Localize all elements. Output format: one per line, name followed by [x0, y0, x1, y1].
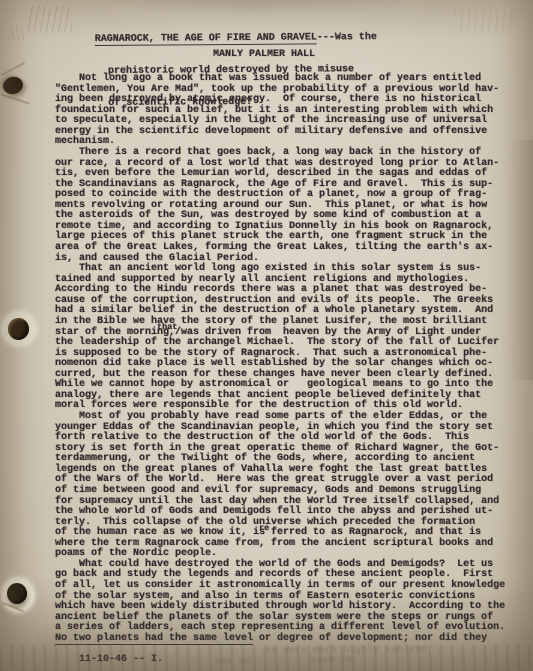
pencil-scribble — [26, 6, 72, 32]
pencil-scribble — [455, 10, 515, 32]
date-code: 11-10-46 -- I. — [79, 654, 163, 665]
body-line: of time between good and evil for suprem… — [55, 486, 505, 497]
title-line: RAGNAROCK, THE AGE OF FIRE AND GRAVEL---… — [95, 33, 377, 46]
author-byline: MANLY PALMER HALL — [213, 50, 315, 61]
body-line: Not long ago a book that was issued back… — [55, 74, 505, 85]
ghost-text: not so each co — [215, 655, 353, 668]
pencil-scribble — [8, 26, 26, 40]
ink-smudge — [1, 62, 25, 76]
ink-smudge — [0, 93, 29, 104]
body-line: No two planets had the same level or deg… — [55, 634, 505, 645]
body-line: Most of you probably have read some part… — [55, 412, 505, 423]
body-line: in the Bible we have the story of the pl… — [55, 317, 505, 328]
scanned-typescript-page: RAGNAROCK, THE AGE OF FIRE AND GRAVEL---… — [0, 0, 533, 671]
body-line: area of the Great Lakes, forming the Gre… — [55, 243, 505, 254]
body-line: energy in the scientific development of … — [55, 127, 505, 138]
title-suffix: ---Was the — [317, 32, 377, 43]
typed-insertion: that — [157, 323, 177, 331]
body-line: There is a record that goes back, a long… — [55, 148, 505, 159]
stain — [507, 140, 533, 380]
punch-hole — [7, 583, 27, 604]
page-title: RAGNAROCK, THE AGE OF FIRE AND GRAVEL — [95, 33, 317, 47]
body-line: of all, let us consider it astronomicall… — [55, 581, 505, 592]
punch-hole — [8, 318, 29, 340]
document-body: Not long ago a book that was issued back… — [55, 74, 505, 644]
punch-hole — [1, 75, 25, 97]
typed-insertion: re — [259, 524, 269, 532]
document-footer: 11-10-46 -- I. — [55, 644, 163, 671]
